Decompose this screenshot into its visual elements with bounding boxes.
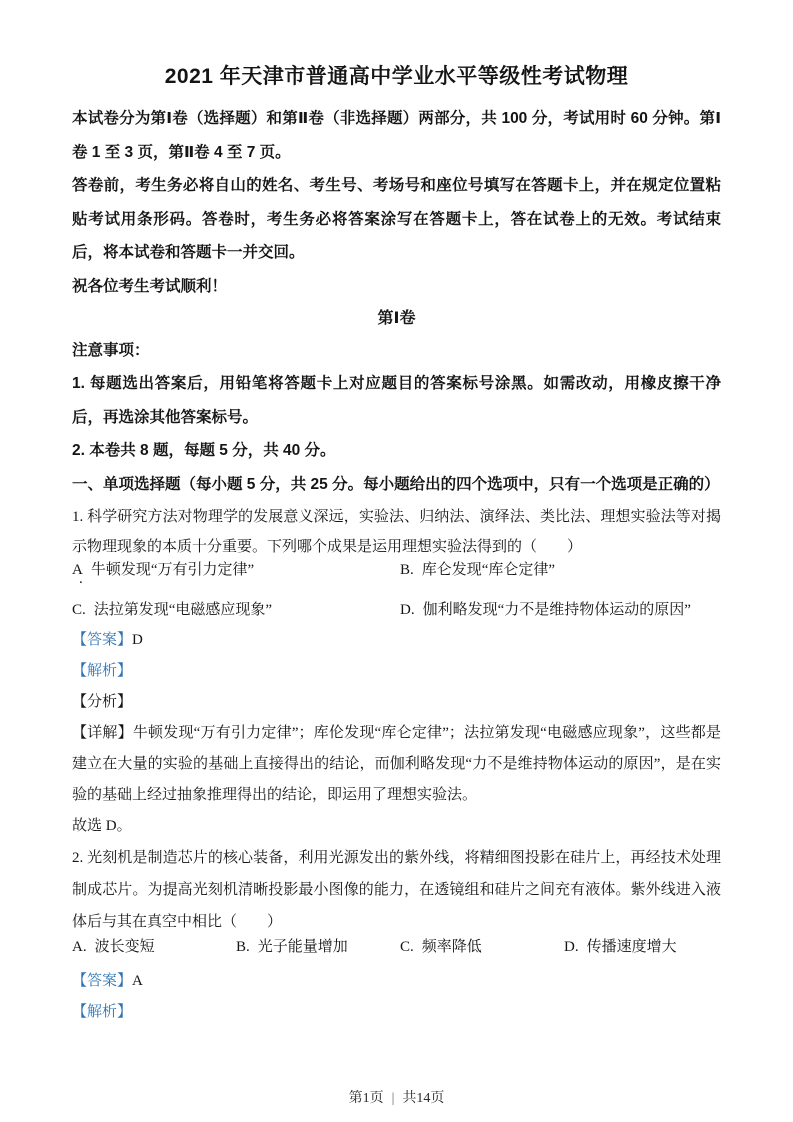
answer-label: 【答案】 bbox=[72, 973, 132, 989]
option-d-label: D. bbox=[400, 602, 415, 618]
option-a-text: 牛顿发现“万有引力定律” bbox=[91, 562, 254, 578]
question-1-option-b: B.库仑发现“库仑定律” bbox=[400, 555, 721, 585]
footer-current-page: 第1页 bbox=[349, 1091, 384, 1106]
notice-title: 注意事项： bbox=[72, 334, 721, 368]
option-d-label: D. bbox=[564, 939, 579, 955]
option-a-stray-dot: . bbox=[79, 574, 83, 584]
exam-title: 2021 年天津市普通高中学业水平等级性考试物理 bbox=[72, 64, 721, 90]
question-1-options: A.牛顿发现“万有引力定律” B.库仑发现“库仑定律” C.法拉第发现“电磁感应… bbox=[72, 555, 721, 625]
question-2-option-a: A.波长变短 bbox=[72, 932, 236, 962]
page-footer: 第1页|共14页 bbox=[0, 1089, 793, 1109]
question-1-option-c: C.法拉第发现“电磁感应现象” bbox=[72, 595, 400, 625]
option-d-text: 伽利略发现“力不是维持物体运动的原因” bbox=[423, 602, 691, 618]
question-1-option-d: D.伽利略发现“力不是维持物体运动的原因” bbox=[400, 595, 721, 625]
question-1-conclusion: 故选 D。 bbox=[72, 811, 721, 842]
notice-item-1: 1. 每题选出答案后，用铅笔将答题卡上对应题目的答案标号涂黑。如需改动，用橡皮擦… bbox=[72, 367, 721, 434]
option-a-label: A. bbox=[72, 939, 87, 955]
option-c-label: C. bbox=[400, 939, 414, 955]
question-1-answer-value: D bbox=[132, 632, 143, 648]
exam-structure-paragraph: 本试卷分为第Ⅰ卷（选择题）和第Ⅱ卷（非选择题）两部分，共 100 分，考试用时 … bbox=[72, 102, 721, 169]
question-1-text: 科学研究方法对物理学的发展意义深远，实验法、归纳法、演绎法、类比法、理想实验法等… bbox=[72, 509, 721, 555]
option-a-text: 波长变短 bbox=[95, 939, 155, 955]
option-b-text: 光子能量增加 bbox=[258, 939, 348, 955]
question-1-option-a: A.牛顿发现“万有引力定律” bbox=[72, 555, 400, 585]
question-1-fenxi-label: 【分析】 bbox=[72, 687, 721, 718]
option-c-label: C. bbox=[72, 602, 86, 618]
option-b-label: B. bbox=[400, 562, 414, 578]
answer-label: 【答案】 bbox=[72, 632, 132, 648]
question-1-answer-line: 【答案】D bbox=[72, 625, 721, 656]
notice-item-2: 2. 本卷共 8 题，每题 5 分，共 40 分。 bbox=[72, 434, 721, 468]
footer-separator: | bbox=[384, 1091, 403, 1106]
question-2-answer-line: 【答案】A bbox=[72, 966, 721, 997]
footer-total-pages: 共14页 bbox=[402, 1091, 444, 1106]
question-1-stem: 1. 科学研究方法对物理学的发展意义深远，实验法、归纳法、演绎法、类比法、理想实… bbox=[72, 502, 721, 562]
page-content: 2021 年天津市普通高中学业水平等级性考试物理 本试卷分为第Ⅰ卷（选择题）和第… bbox=[72, 64, 721, 1028]
question-2-answer-value: A bbox=[132, 973, 143, 989]
part1-heading: 第Ⅰ卷 bbox=[72, 304, 721, 334]
good-luck-message: 祝各位考生考试顺利！ bbox=[72, 270, 721, 304]
question-2-option-c: C.频率降低 bbox=[400, 932, 564, 962]
question-1-number: 1. bbox=[72, 509, 83, 525]
question-2-stem: 2. 光刻机是制造芯片的核心装备，利用光源发出的紫外线，将精细图投影在硅片上，再… bbox=[72, 842, 721, 938]
question-2-options: A.波长变短 B.光子能量增加 C.频率降低 D.传播速度增大 bbox=[72, 932, 721, 962]
question-2-text: 光刻机是制造芯片的核心装备，利用光源发出的紫外线，将精细图投影在硅片上，再经技术… bbox=[72, 850, 721, 930]
question-1-detail-paragraph: 【详解】牛顿发现“万有引力定律”；库伦发现“库仑定律”；法拉第发现“电磁感应现象… bbox=[72, 718, 721, 811]
question-2-number: 2. bbox=[72, 850, 83, 866]
question-2-jiexi-label: 【解析】 bbox=[72, 997, 721, 1028]
option-b-text: 库仑发现“库仑定律” bbox=[422, 562, 555, 578]
option-b-label: B. bbox=[236, 939, 250, 955]
option-d-text: 传播速度增大 bbox=[587, 939, 677, 955]
question-2-option-d: D.传播速度增大 bbox=[564, 932, 721, 962]
section-heading-single-choice: 一、单项选择题（每小题 5 分，共 25 分。每小题给出的四个选项中，只有一个选… bbox=[72, 468, 721, 502]
question-1-jiexi-label: 【解析】 bbox=[72, 656, 721, 687]
option-c-text: 法拉第发现“电磁感应现象” bbox=[94, 602, 272, 618]
exam-document-page: 2021 年天津市普通高中学业水平等级性考试物理 本试卷分为第Ⅰ卷（选择题）和第… bbox=[0, 0, 793, 1122]
option-c-text: 频率降低 bbox=[422, 939, 482, 955]
pre-exam-instructions-paragraph: 答卷前，考生务必将自山的姓名、考生号、考场号和座位号填写在答题卡上，并在规定位置… bbox=[72, 169, 721, 270]
question-2-option-b: B.光子能量增加 bbox=[236, 932, 400, 962]
